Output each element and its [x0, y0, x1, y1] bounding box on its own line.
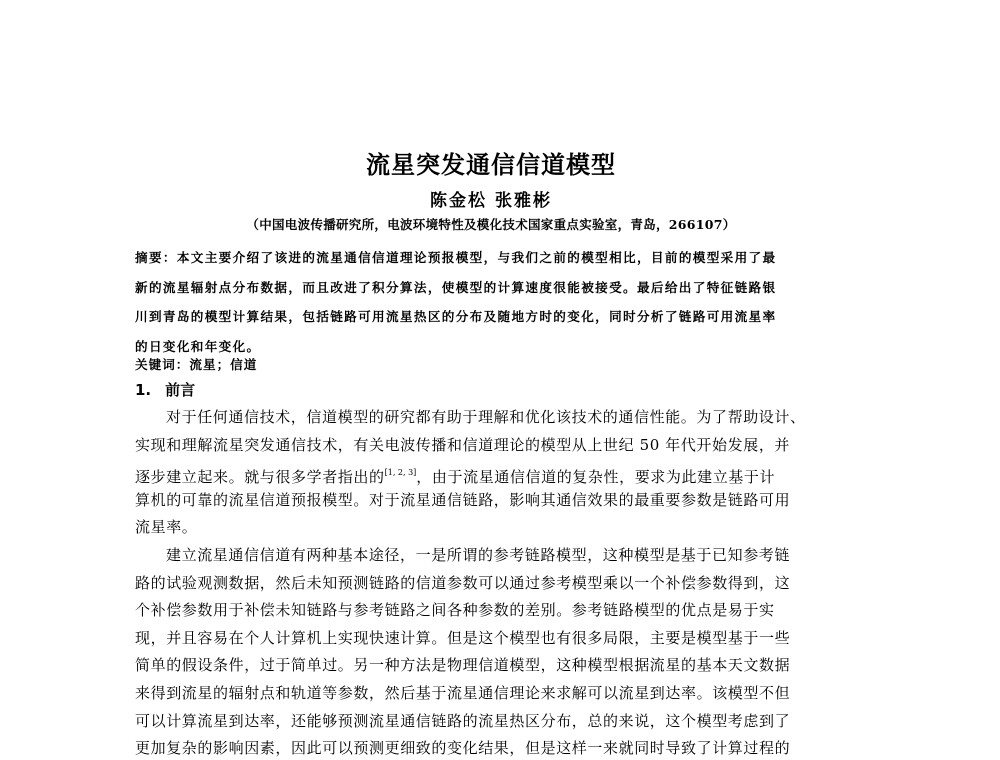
- paper-title: 流星突发通信信道模型: [135, 145, 847, 180]
- body-line: 实现和理解流星突发通信技术，有关电波传播和信道理论的模型从上世纪 50 年代开始…: [135, 432, 847, 460]
- keywords-text: 流星；信道: [189, 357, 257, 372]
- abstract: 摘要：本文主要介绍了该进的流星通信信道理论预报模型，与我们之前的模型相比，目前的…: [135, 243, 847, 361]
- body-line: 来得到流星的辐射点和轨道等参数，然后基于流星通信理论来求解可以流星到达率。该模型…: [135, 680, 847, 708]
- citation: [1, 2, 3]: [385, 468, 417, 477]
- paper-affiliation: （中国电波传播研究所，电波环境特性及模化技术国家重点实验室，青岛，266107）: [135, 215, 847, 233]
- keywords-label: 关键词：: [135, 357, 189, 372]
- body-text: 对于任何通信技术，信道模型的研究都有助于理解和优化该技术的通信性能。为了帮助设计…: [135, 404, 847, 760]
- abstract-line: 川到青岛的模型计算结果，包括链路可用流星热区的分布及随地方时的变化，同时分析了链…: [135, 302, 847, 332]
- abstract-line: 摘要：本文主要介绍了该进的流星通信信道理论预报模型，与我们之前的模型相比，目前的…: [135, 243, 847, 273]
- keywords: 关键词：流星；信道: [135, 354, 257, 373]
- body-line: 流星率。: [135, 514, 847, 542]
- paper-authors: 陈金松 张雅彬: [135, 186, 847, 211]
- body-line: 更加复杂的影响因素，因此可以预测更细致的变化结果，但是这样一来就同时导致了计算过…: [135, 735, 847, 760]
- abstract-line: 新的流星辐射点分布数据，而且改进了积分算法，使模型的计算速度很能被接受。最后给出…: [135, 273, 847, 303]
- body-line: 个补偿参数用于补偿未知链路与参考链路之间各种参数的差别。参考链路模型的优点是易于…: [135, 597, 847, 625]
- body-line: 建立流星通信信道有两种基本途径，一是所谓的参考链路模型，这种模型是基于已知参考链: [135, 542, 847, 570]
- abstract-label: 摘要：: [135, 250, 177, 265]
- section-number: 1.: [135, 381, 151, 399]
- body-line: 简单的假设条件，过于简单过。另一种方法是物理信道模型，这种模型根据流星的基本天文…: [135, 652, 847, 680]
- body-line: 算机的可靠的流星信道预报模型。对于流星通信链路，影响其通信效果的最重要参数是链路…: [135, 487, 847, 515]
- body-line: 可以计算流星到达率，还能够预测流星通信链路的流星热区分布，总的来说，这个模型考虑…: [135, 708, 847, 736]
- body-line: 路的试验观测数据，然后未知预测链路的信道参数可以通过参考模型乘以一个补偿参数得到…: [135, 570, 847, 598]
- section-heading: 1.前言: [135, 379, 195, 400]
- section-title: 前言: [165, 381, 195, 399]
- body-line: 逐步建立起来。就与很多学者指出的[1, 2, 3]，由于流星通信信道的复杂性，要…: [135, 459, 847, 487]
- body-line: 对于任何通信技术，信道模型的研究都有助于理解和优化该技术的通信性能。为了帮助设计…: [135, 404, 847, 432]
- body-line: 现，并且容易在个人计算机上实现快速计算。但是这个模型也有很多局限，主要是模型基于…: [135, 625, 847, 653]
